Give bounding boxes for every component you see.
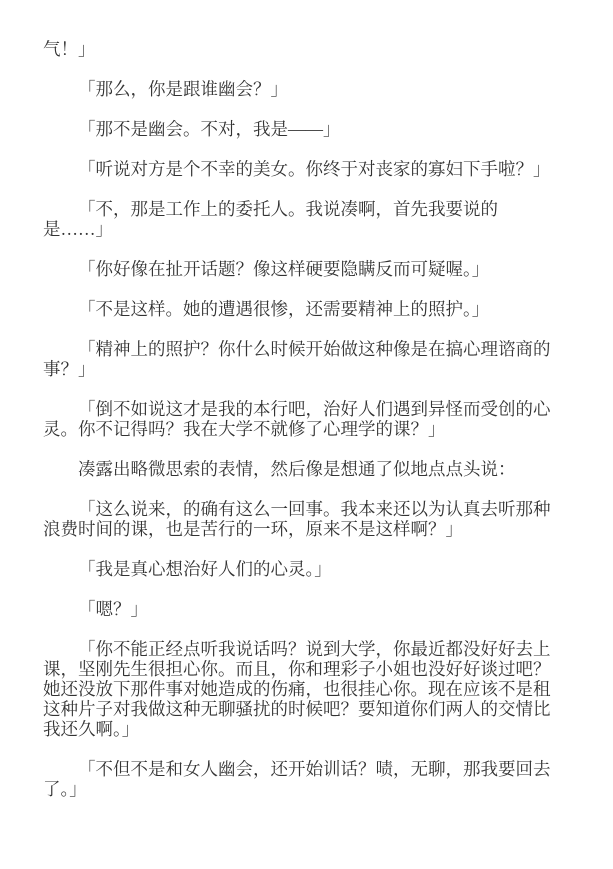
paragraph: 「那么，你是跟谁幽会？」 <box>43 79 571 99</box>
text-line: 气！」 <box>43 39 571 59</box>
paragraph: 「这么说来，的确有这么一回事。我本来还以为认真去听那种浪费时间的课，也是苦行的一… <box>43 499 571 539</box>
paragraph: 「精神上的照护？你什么时候开始做这种像是在搞心理谘商的事？」 <box>43 339 571 379</box>
paragraph: 「嗯？」 <box>43 599 571 619</box>
text-line: 「不，那是工作上的委托人。我说凑啊，首先我要说的 <box>43 199 571 219</box>
text-line: 她还没放下那件事对她造成的伤痛，也很挂心你。现在应该不是租 <box>43 679 571 699</box>
text-line: 灵。你不记得吗？我在大学不就修了心理学的课？」 <box>43 419 571 439</box>
paragraph: 「我是真心想治好人们的心灵。」 <box>43 559 571 579</box>
text-line: 这种片子对我做这种无聊骚扰的时候吧？要知道你们两人的交情比 <box>43 699 571 719</box>
paragraph: 「倒不如说这才是我的本行吧，治好人们遇到异怪而受创的心灵。你不记得吗？我在大学不… <box>43 399 571 439</box>
text-line: 我还久啊。」 <box>43 719 571 739</box>
text-line: 事？」 <box>43 359 571 379</box>
text-line: 「你好像在扯开话题？像这样硬要隐瞒反而可疑喔。」 <box>43 259 571 279</box>
text-line: 「嗯？」 <box>43 599 571 619</box>
paragraph: 「听说对方是个不幸的美女。你终于对丧家的寡妇下手啦？」 <box>43 159 571 179</box>
text-line: 「我是真心想治好人们的心灵。」 <box>43 559 571 579</box>
text-line: 「不是这样。她的遭遇很惨，还需要精神上的照护。」 <box>43 299 571 319</box>
paragraph: 「你不能正经点听我说话吗？说到大学，你最近都没好好去上课，坚刚先生很担心你。而且… <box>43 639 571 739</box>
text-line: 「精神上的照护？你什么时候开始做这种像是在搞心理谘商的 <box>43 339 571 359</box>
text-line: 「那么，你是跟谁幽会？」 <box>43 79 571 99</box>
paragraph: 「那不是幽会。不对，我是——」 <box>43 119 571 139</box>
paragraph: 「你好像在扯开话题？像这样硬要隐瞒反而可疑喔。」 <box>43 259 571 279</box>
paragraph: 「不是这样。她的遭遇很惨，还需要精神上的照护。」 <box>43 299 571 319</box>
text-line: 「你不能正经点听我说话吗？说到大学，你最近都没好好去上 <box>43 639 571 659</box>
paragraph: 气！」 <box>43 39 571 59</box>
paragraph: 「不但不是和女人幽会，还开始训话？啧，无聊，那我要回去了。」 <box>43 759 571 799</box>
paragraph: 凑露出略微思索的表情，然后像是想通了似地点点头说： <box>43 459 571 479</box>
text-line: 「这么说来，的确有这么一回事。我本来还以为认真去听那种 <box>43 499 571 519</box>
text-line: 是……」 <box>43 219 571 239</box>
book-page: 气！」「那么，你是跟谁幽会？」「那不是幽会。不对，我是——」「听说对方是个不幸的… <box>0 0 613 869</box>
text-line: 了。」 <box>43 779 571 799</box>
text-line: 「倒不如说这才是我的本行吧，治好人们遇到异怪而受创的心 <box>43 399 571 419</box>
paragraph: 「不，那是工作上的委托人。我说凑啊，首先我要说的是……」 <box>43 199 571 239</box>
text-line: 课，坚刚先生很担心你。而且，你和理彩子小姐也没好好谈过吧？ <box>43 659 571 679</box>
text-content: 气！」「那么，你是跟谁幽会？」「那不是幽会。不对，我是——」「听说对方是个不幸的… <box>43 39 571 819</box>
text-line: 「听说对方是个不幸的美女。你终于对丧家的寡妇下手啦？」 <box>43 159 571 179</box>
text-line: 凑露出略微思索的表情，然后像是想通了似地点点头说： <box>43 459 571 479</box>
text-line: 浪费时间的课，也是苦行的一环，原来不是这样啊？」 <box>43 519 571 539</box>
text-line: 「不但不是和女人幽会，还开始训话？啧，无聊，那我要回去 <box>43 759 571 779</box>
text-line: 「那不是幽会。不对，我是——」 <box>43 119 571 139</box>
